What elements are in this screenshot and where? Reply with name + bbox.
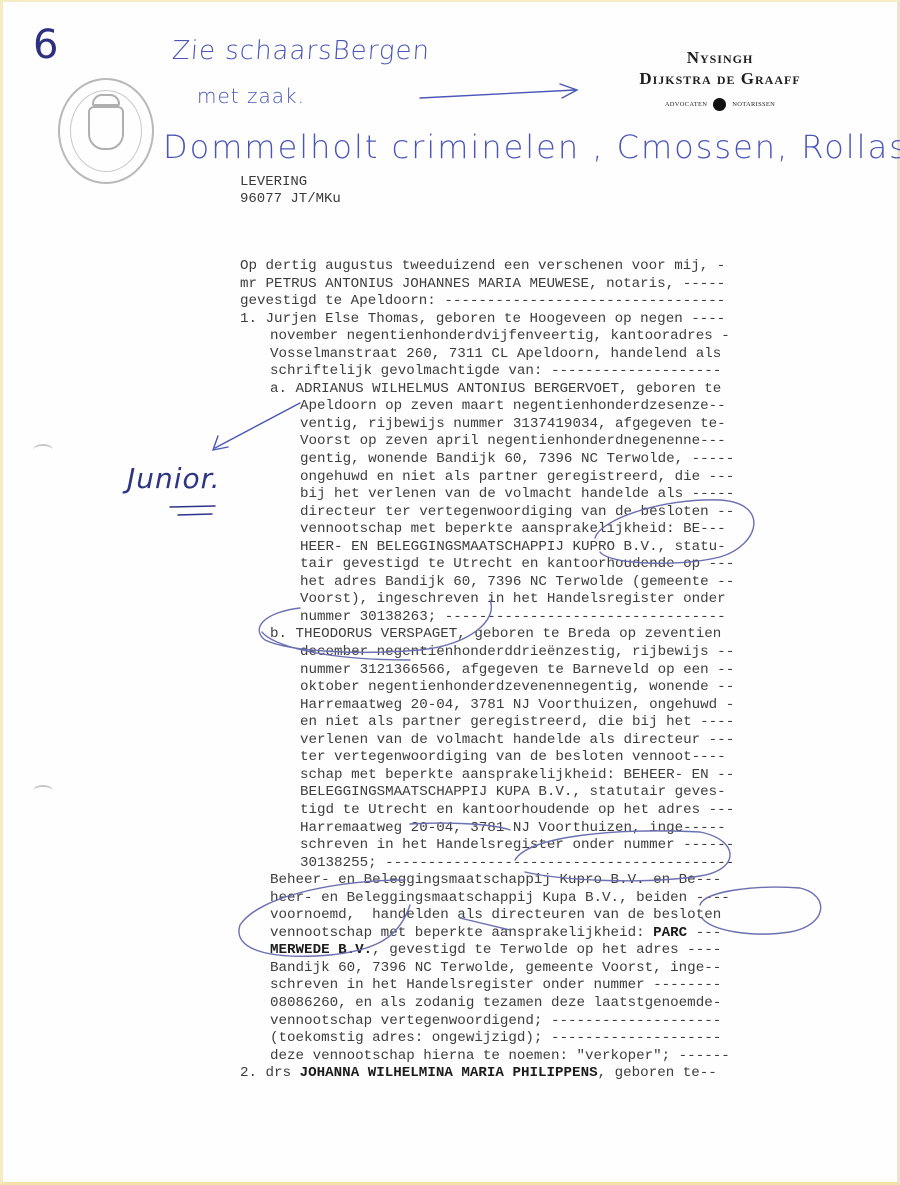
handwritten-note-line1: Zie schaarsBergen (171, 36, 431, 66)
deed-line: Harremaatweg 20-04, 3781 NJ Voorthuizen,… (240, 820, 830, 838)
firm-letterhead: Nysingh Dijkstra de Graaff ADVOCATEN NOT… (600, 48, 840, 111)
deed-line: Bandijk 60, 7396 NC Terwolde, gemeente V… (240, 960, 830, 978)
deed-line: vennootschap vertegenwoordigend; -------… (240, 1013, 830, 1031)
crown-icon (92, 94, 120, 106)
firm-name-line2: Dijkstra de Graaff (600, 68, 840, 90)
deed-line: schreven in het Handelsregister onder nu… (240, 837, 830, 855)
deed-line: Harremaatweg 20-04, 3781 NJ Voorthuizen,… (240, 697, 830, 715)
hole-punch-mark (33, 785, 53, 797)
deed-line: november negentienhonderdvijfenveertig, … (240, 328, 830, 346)
deed-line: schap met beperkte aansprakelijkheid: BE… (240, 767, 830, 785)
deed-line: a. ADRIANUS WILHELMUS ANTONIUS BERGERVOE… (240, 381, 830, 399)
deed-line: HEER- EN BELEGGINGSMAATSCHAPPIJ KUPRO B.… (240, 539, 830, 557)
deed-line: MERWEDE B.V., gevestigd te Terwolde op h… (240, 942, 830, 960)
handwritten-page-number: 6 (33, 22, 59, 68)
deed-line: Voorst op zeven april negentienhonderdne… (240, 433, 830, 451)
deed-line: schreven in het Handelsregister onder nu… (240, 977, 830, 995)
deed-line: vennootschap met beperkte aansprakelijkh… (240, 925, 830, 943)
deed-line: nummer 3121366566, afgegeven te Barnevel… (240, 662, 830, 680)
deed-line: ter vertegenwoordiging van de besloten v… (240, 749, 830, 767)
arrow-to-letterhead (420, 90, 575, 98)
deed-line: verlenen van de volmacht handelde als di… (240, 732, 830, 750)
deed-line: Op dertig augustus tweeduizend een versc… (240, 258, 830, 276)
deed-line: 2. drs JOHANNA WILHELMINA MARIA PHILIPPE… (240, 1065, 830, 1083)
deed-line: Voorst), ingeschreven in het Handelsregi… (240, 591, 830, 609)
deed-line: schriftelijk gevolmachtigde van: -------… (240, 363, 830, 381)
deed-line: nummer 30138263; -----------------------… (240, 609, 830, 627)
deed-line: deze vennootschap hierna te noemen: "ver… (240, 1048, 830, 1066)
deed-line: gevestigd te Apeldoorn: ----------------… (240, 293, 830, 311)
document-title: LEVERING (240, 174, 341, 191)
firm-tagline: ADVOCATEN NOTARISSEN (600, 98, 840, 111)
deed-line: Apeldoorn op zeven maart negentienhonder… (240, 398, 830, 416)
deed-line: vennootschap met beperkte aansprakelijkh… (240, 521, 830, 539)
deed-line: Vosselmanstraat 260, 7311 CL Apeldoorn, … (240, 346, 830, 364)
deed-line: en niet als partner geregistreerd, die b… (240, 714, 830, 732)
deed-line: ongehuwd en niet als partner geregistree… (240, 469, 830, 487)
deed-line: gentig, wonende Bandijk 60, 7396 NC Terw… (240, 451, 830, 469)
firm-name-line1: Nysingh (600, 48, 840, 68)
deed-line: 30138255; ------------------------------… (240, 855, 830, 873)
handwritten-note-line2: met zaak. (197, 84, 305, 108)
hole-punch-mark (33, 444, 53, 456)
notary-seal-stamp (58, 78, 154, 184)
tagline-left: ADVOCATEN (665, 101, 707, 108)
deed-line: bij het verlenen van de volmacht handeld… (240, 486, 830, 504)
document-reference: 96077 JT/MKu (240, 191, 341, 208)
deed-line: het adres Bandijk 60, 7396 NC Terwolde (… (240, 574, 830, 592)
deed-line: 1. Jurjen Else Thomas, geboren te Hoogev… (240, 311, 830, 329)
deed-line: oktober negentienhonderdzevenennegentig,… (240, 679, 830, 697)
deed-line: 08086260, en als zodanig tezamen deze la… (240, 995, 830, 1013)
deed-line: voornoemd, handelden als directeuren van… (240, 907, 830, 925)
deed-line: directeur ter vertegenwoordiging van de … (240, 504, 830, 522)
deed-body-text: Op dertig augustus tweeduizend een versc… (240, 258, 830, 1083)
deed-line: december negentienhonderddrieënzestig, r… (240, 644, 830, 662)
deed-line: (toekomstig adres: ongewijzigd); -------… (240, 1030, 830, 1048)
firm-logo-icon (713, 98, 726, 111)
tagline-right: NOTARISSEN (732, 101, 775, 108)
document-header: LEVERING 96077 JT/MKu (240, 174, 341, 208)
handwritten-margin-note: Junior. (127, 462, 221, 495)
deed-line: BELEGGINGSMAATSCHAPPIJ KUPA B.V., statut… (240, 784, 830, 802)
deed-line: ventig, rijbewijs nummer 3137419034, afg… (240, 416, 830, 434)
deed-line: tigd te Utrecht en kantoorhoudende op he… (240, 802, 830, 820)
deed-line: b. THEODORUS VERSPAGET, geboren te Breda… (240, 626, 830, 644)
deed-line: mr PETRUS ANTONIUS JOHANNES MARIA MEUWES… (240, 276, 830, 294)
deed-line: Beheer- en Beleggingsmaatschappij Kupro … (240, 872, 830, 890)
handwritten-note-line3: Dommelholt criminelen , Cmossen, Rollas. (163, 128, 900, 166)
coat-of-arms-icon (88, 106, 124, 150)
deed-line: heer- en Beleggingsmaatschappij Kupa B.V… (240, 890, 830, 908)
deed-line: tair gevestigd te Utrecht en kantoorhoud… (240, 556, 830, 574)
